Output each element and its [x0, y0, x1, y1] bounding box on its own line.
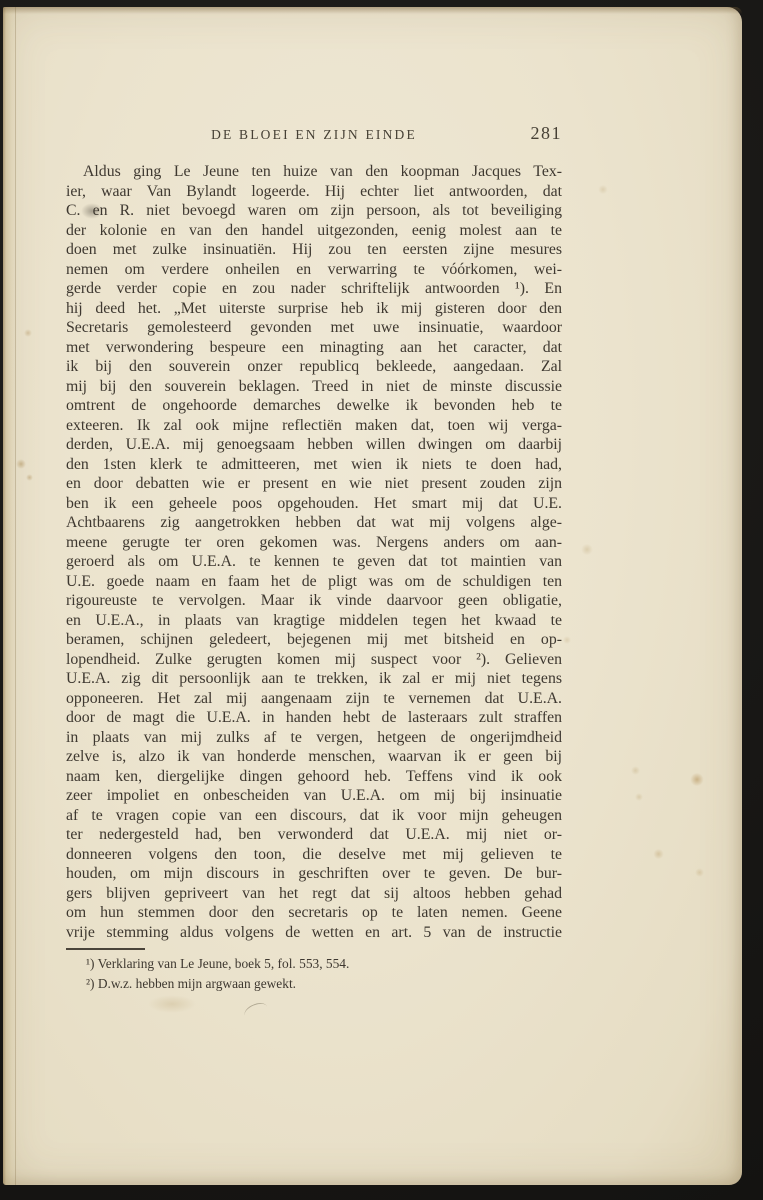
- page-edge-line: [15, 7, 16, 1185]
- stain: [653, 849, 664, 859]
- text-line: en U.E.A., in plaats van kragtige middel…: [66, 611, 562, 631]
- text-line: exteeren. Ik zal ook mijne reflectiën ma…: [66, 416, 562, 436]
- text-line: om hun stemmen door den secretaris op te…: [66, 903, 562, 923]
- text-line: mij bij den souverein beklagen. Treed in…: [66, 377, 562, 397]
- stain: [24, 329, 32, 337]
- page-title: DE BLOEI EN ZIJN EINDE: [66, 127, 562, 143]
- stain: [581, 544, 593, 555]
- text-line: derden, U.E.A. mij genoegsaam hebben wil…: [66, 435, 562, 455]
- text-line: ter nedergesteld had, ben verwonderd dat…: [66, 825, 562, 845]
- text-line: zelve is, alzo ik van honderde menschen,…: [66, 747, 562, 767]
- text-line: U.E. goede naam en faam het de pligt was…: [66, 572, 562, 592]
- stain: [695, 868, 704, 877]
- text-line: met verwondering bespeure een minagting …: [66, 338, 562, 358]
- text-line: Aldus ging Le Jeune ten huize van den ko…: [66, 162, 562, 182]
- stain: [631, 766, 640, 775]
- text-line: vrije stemming aldus volgens de wetten e…: [66, 923, 562, 943]
- text-line: den 1sten klerk te admitteeren, met wien…: [66, 455, 562, 475]
- page-number: 281: [531, 123, 563, 144]
- stain: [635, 793, 643, 801]
- text-line: en door debatten wie er present en wie n…: [66, 474, 562, 494]
- pencil-mark: [242, 1000, 269, 1022]
- text-line: gerde verder copie en zou nader schrifte…: [66, 279, 562, 299]
- stain: [16, 459, 26, 469]
- text-line: naam ken, diergelijke dingen gehoord heb…: [66, 767, 562, 787]
- footnote: ¹) Verklaring van Le Jeune, boek 5, fol.…: [66, 954, 562, 974]
- text-line: beramen, schijnen geledeert, bejegenen m…: [66, 630, 562, 650]
- text-line: Secretaris gemolesteerd gevonden met uwe…: [66, 318, 562, 338]
- text-line: door de magt die U.E.A. in handen hebt d…: [66, 708, 562, 728]
- footnotes: ¹) Verklaring van Le Jeune, boek 5, fol.…: [66, 954, 562, 993]
- text-line: rigoureuste te vervolgen. Maar ik vinde …: [66, 591, 562, 611]
- text-line: gers blijven gepriveert van het regt dat…: [66, 884, 562, 904]
- text-line: ier, waar Van Bylandt logeerde. Hij echt…: [66, 182, 562, 202]
- book-page: DE BLOEI EN ZIJN EINDE 281 Aldus ging Le…: [3, 7, 742, 1185]
- text-line: omtrent de ongehoorde demarches dewelke …: [66, 396, 562, 416]
- stain: [148, 995, 196, 1013]
- text-line: ben ik een geheele poos opgehouden. Het …: [66, 494, 562, 514]
- body-text: Aldus ging Le Jeune ten huize van den ko…: [66, 162, 562, 942]
- stain: [26, 474, 33, 481]
- text-line: opponeeren. Het zal mij aangenaam zijn t…: [66, 689, 562, 709]
- text-line: donneeren volgens den toon, die deselve …: [66, 845, 562, 865]
- text-line: der kolonie en van den handel uitgezonde…: [66, 221, 562, 241]
- running-head: DE BLOEI EN ZIJN EINDE 281: [66, 125, 562, 149]
- scanned-book-photo: DE BLOEI EN ZIJN EINDE 281 Aldus ging Le…: [0, 0, 763, 1200]
- text-line: C. en R. niet bevoegd waren om zijn pers…: [66, 201, 562, 221]
- text-line: af te vragen copie van een discours, dat…: [66, 806, 562, 826]
- text-line: U.E.A. zig dit persoonlijk aan te trekke…: [66, 669, 562, 689]
- text-line: meene gerugte ter oren gekomen was. Nerg…: [66, 533, 562, 553]
- footnote: ²) D.w.z. hebben mijn argwaan gewekt.: [66, 974, 562, 994]
- text-line: zeer impoliet en onbescheiden van U.E.A.…: [66, 786, 562, 806]
- text-line: hij deed het. „Met uiterste surprise heb…: [66, 299, 562, 319]
- text-line: in plaats van mij zulks af te vergen, he…: [66, 728, 562, 748]
- text-line: lopendheid. Zulke gerugten komen mij sus…: [66, 650, 562, 670]
- stain: [598, 185, 608, 194]
- text-line: ik bij den souverein onzer republicq bek…: [66, 357, 562, 377]
- text-line: doen met zulke insinuatiën. Hij zou ten …: [66, 240, 562, 260]
- stain: [563, 636, 571, 644]
- text-line: geroerd als om U.E.A. te kennen te geven…: [66, 552, 562, 572]
- footnote-divider: [66, 948, 145, 950]
- text-line: houden, om mijn discours in geschriften …: [66, 864, 562, 884]
- text-line: nemen om verdere onheilen en verwarring …: [66, 260, 562, 280]
- text-line: Achtbaarens zig aangetrokken hebben dat …: [66, 513, 562, 533]
- stain: [690, 773, 704, 786]
